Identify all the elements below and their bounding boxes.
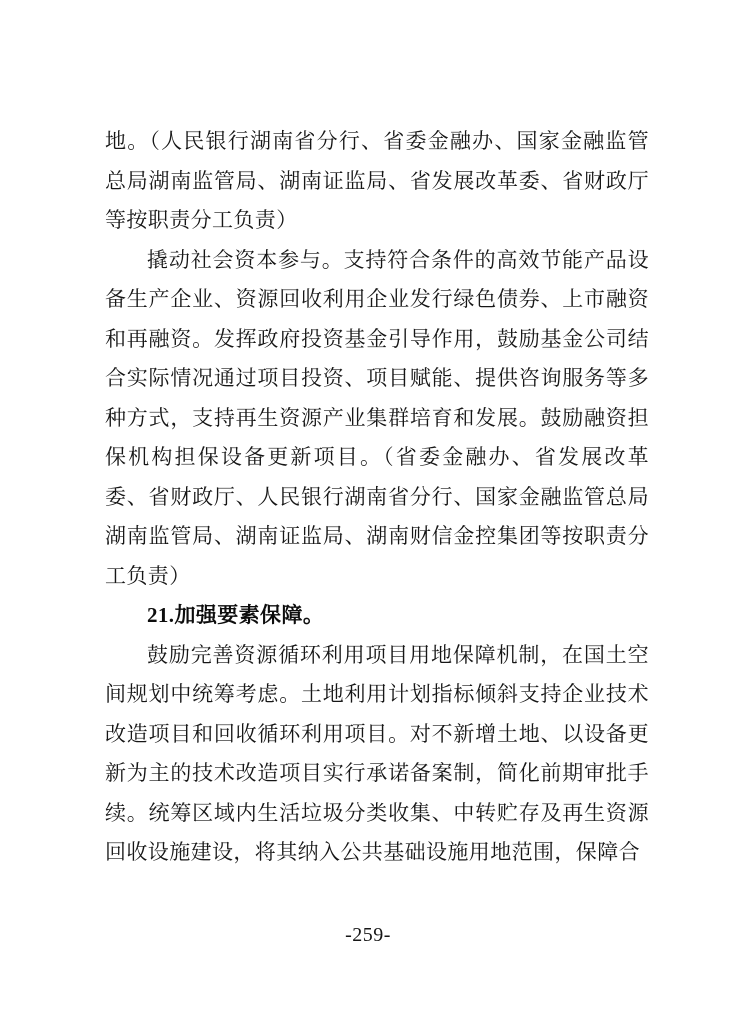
document-page: 地。（人民银行湖南省分行、省委金融办、国家金融监管总局湖南监管局、湖南证监局、省… [0, 0, 736, 1009]
paragraph-social-capital: 撬动社会资本参与。支持符合条件的高效节能产品设备生产企业、资源回收利用企业发行绿… [105, 241, 649, 597]
page-number: -259- [0, 924, 736, 947]
document-content: 地。（人民银行湖南省分行、省委金融办、国家金融监管总局湖南监管局、湖南证监局、省… [105, 122, 649, 873]
paragraph-land-guarantee: 鼓励完善资源循环利用项目用地保障机制，在国土空间规划中统筹考虑。土地利用计划指标… [105, 636, 649, 873]
section-heading-21: 21.加强要素保障。 [105, 596, 649, 636]
paragraph-continuation-from-previous-page: 地。（人民银行湖南省分行、省委金融办、国家金融监管总局湖南监管局、湖南证监局、省… [105, 122, 649, 241]
